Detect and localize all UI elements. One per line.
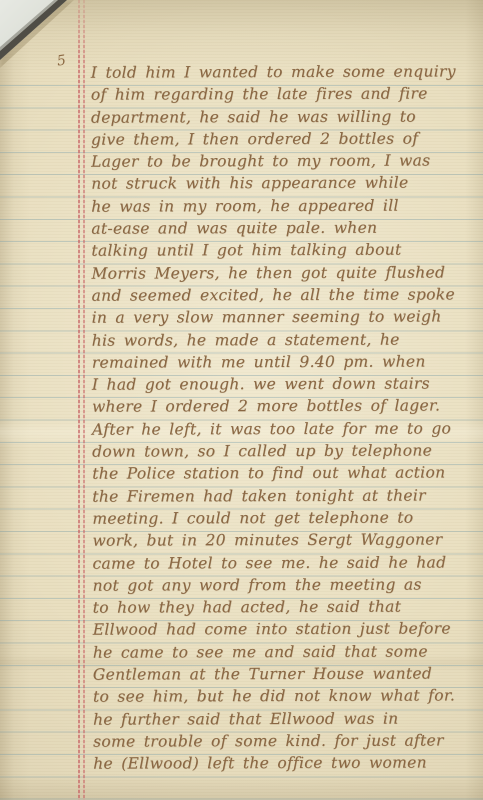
handwritten-line: he further said that Ellwood was in (93, 707, 476, 731)
manuscript-page: 5 I told him I wanted to make some enqui… (0, 0, 483, 800)
handwritten-line: his words, he made a statement, he (92, 328, 475, 352)
handwritten-line: not got any word from the meeting as (93, 573, 476, 597)
margin-rule-line (78, 0, 80, 800)
handwritten-line: Gentleman at the Turner House wanted (93, 662, 476, 686)
handwritten-line: work, but in 20 minutes Sergt Waggoner (92, 529, 475, 553)
handwritten-line: the Firemen had taken tonight at their (92, 484, 475, 508)
handwritten-line: Ellwood had come into station just befor… (93, 618, 476, 642)
margin-rule-line-secondary (83, 0, 85, 800)
handwritten-line: the Police station to find out what acti… (92, 462, 475, 486)
handwritten-line: to how they had acted, he said that (93, 595, 476, 619)
handwritten-line: I had got enough. we went down stairs (92, 372, 475, 396)
handwritten-line: at-ease and was quite pale. when (91, 216, 474, 240)
handwritten-text: I told him I wanted to make some enquiry… (91, 60, 476, 775)
handwritten-line: meeting. I could not get telephone to (92, 506, 475, 530)
handwritten-line: came to Hotel to see me. he said he had (92, 551, 475, 575)
page-number: 5 (56, 52, 67, 69)
handwritten-line: talking until I got him talking about (91, 239, 474, 263)
handwritten-line: of him regarding the late fires and fire (91, 83, 474, 107)
handwritten-line: After he left, it was too late for me to… (92, 417, 475, 441)
handwritten-line: in a very slow manner seeming to weigh (92, 306, 475, 330)
handwritten-line: he came to see me and said that some (93, 640, 476, 664)
handwritten-line: where I ordered 2 more bottles of lager. (92, 395, 475, 419)
handwritten-line: and seemed excited, he all the time spok… (92, 283, 475, 307)
handwritten-line: down town, so I called up by telephone (92, 439, 475, 463)
handwritten-line: I told him I wanted to make some enquiry (91, 60, 474, 84)
handwritten-line: he was in my room, he appeared ill (91, 194, 474, 218)
handwritten-line: remained with me until 9.40 pm. when (92, 350, 475, 374)
handwritten-line: he (Ellwood) left the office two women (93, 752, 476, 776)
handwritten-line: department, he said he was willing to (91, 105, 474, 129)
handwritten-line: give them, I then ordered 2 bottles of (91, 127, 474, 151)
handwritten-line: some trouble of some kind. for just afte… (93, 729, 476, 753)
handwritten-line: not struck with his appearance while (91, 172, 474, 196)
handwritten-line: Morris Meyers, he then got quite flushed (91, 261, 474, 285)
handwritten-line: to see him, but he did not know what for… (93, 685, 476, 709)
handwritten-line: Lager to be brought to my room, I was (91, 150, 474, 174)
